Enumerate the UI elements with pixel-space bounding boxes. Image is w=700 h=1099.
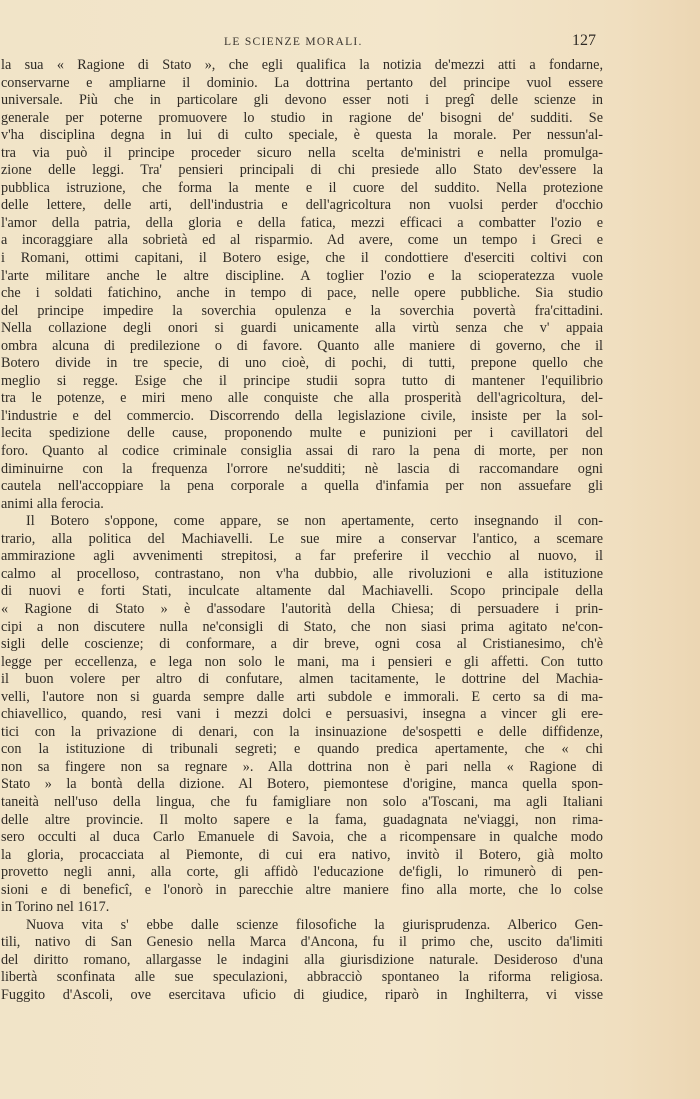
text-line: meglio si regge. Esige che il principe s… bbox=[1, 373, 603, 391]
text-line: Nella collazione degli onori si guardi u… bbox=[1, 320, 603, 338]
text-line: Stato » la bontà della dizione. Al Boter… bbox=[1, 776, 603, 794]
text-line: generale per poterne promuovere lo studi… bbox=[1, 110, 603, 128]
text-line: l'industrie e del commercio. Discorrendo… bbox=[1, 408, 603, 426]
running-head: LE SCIENZE MORALI. 127 bbox=[0, 32, 620, 52]
text-line: Botero divide in tre specie, di uno cioè… bbox=[1, 355, 603, 373]
text-line: l'arte militare anche le altre disciplin… bbox=[1, 268, 603, 286]
text-line: pubblica istruzione, che forma la mente … bbox=[1, 180, 603, 198]
text-line: taneità nell'uso della lingua, che fu fa… bbox=[1, 794, 603, 812]
text-line: del principe impedire la soverchia opule… bbox=[1, 303, 603, 321]
text-line: tra le potenze, e miri meno alle conquis… bbox=[1, 390, 603, 408]
text-line: lecita spedizione delle cause, proponend… bbox=[1, 425, 603, 443]
text-line: velli, l'autore non si guarda sempre dal… bbox=[1, 689, 603, 707]
text-line: trario, alla politica del Machiavelli. L… bbox=[1, 531, 603, 549]
text-line: ombra alcuna di predilezione o di favore… bbox=[1, 338, 603, 356]
text-line: sioni e di beneficî, e l'onorò in parecc… bbox=[1, 882, 603, 900]
text-line: la gloria, procacciata al Piemonte, di c… bbox=[1, 847, 603, 865]
text-line: non sa fingere non sa regnare ». Alla do… bbox=[1, 759, 603, 777]
text-line: universale. Più che in particolare gli d… bbox=[1, 92, 603, 110]
book-page: LE SCIENZE MORALI. 127 la sua « Ragione … bbox=[0, 0, 700, 1099]
text-line: la sua « Ragione di Stato », che egli qu… bbox=[1, 57, 603, 75]
text-line: delle lettere, delle arti, dell'industri… bbox=[1, 197, 603, 215]
text-line: tra via può il principe proceder sicuro … bbox=[1, 145, 603, 163]
text-line: chiavellico, quando, resi vani i mezzi d… bbox=[1, 706, 603, 724]
paragraph-first-line: Nuova vita s' ebbe dalle scienze filosof… bbox=[1, 917, 603, 935]
text-line: libertà sconfinata alle sue speculazioni… bbox=[1, 969, 603, 987]
text-line: provetto negli anni, alla corte, gli aff… bbox=[1, 864, 603, 882]
text-line: animi alla ferocia. bbox=[1, 496, 603, 514]
running-title: LE SCIENZE MORALI. bbox=[224, 36, 363, 48]
text-line: v'ha disciplina degna in lui di culto sp… bbox=[1, 127, 603, 145]
text-line: tili, nativo di San Genesio nella Marca … bbox=[1, 934, 603, 952]
text-line: il buon volere per altro di confutare, a… bbox=[1, 671, 603, 689]
text-line: del diritto romano, allargasse le indagi… bbox=[1, 952, 603, 970]
text-line: sigli delle coscienze; di conformare, a … bbox=[1, 636, 603, 654]
text-line: i Romani, ottimi capitani, il Botero esi… bbox=[1, 250, 603, 268]
text-line: ammirazione agli avvenimenti strepitosi,… bbox=[1, 548, 603, 566]
text-line: cipi a non discutere nulla ne'consigli d… bbox=[1, 619, 603, 637]
text-line: in Torino nel 1617. bbox=[1, 899, 603, 917]
text-line: legge per eccellenza, e lega non solo le… bbox=[1, 654, 603, 672]
body-text: la sua « Ragione di Stato », che egli qu… bbox=[1, 57, 603, 1005]
text-line: con la istituzione di tribunali segreti;… bbox=[1, 741, 603, 759]
text-line: di nuovi e forti Stati, inculcate altame… bbox=[1, 583, 603, 601]
text-line: l'amor della patria, della gloria e dell… bbox=[1, 215, 603, 233]
page-number: 127 bbox=[572, 32, 596, 50]
text-line: delle altre provincie. Il molto sapere e… bbox=[1, 812, 603, 830]
text-line: foro. Quanto al codice criminale consigl… bbox=[1, 443, 603, 461]
text-line: calmo al procelloso, contrastano, non v'… bbox=[1, 566, 603, 584]
text-line: cautela nell'accoppiare la pena corporal… bbox=[1, 478, 603, 496]
text-line: tici con la privazione di denari, con la… bbox=[1, 724, 603, 742]
text-line: Fuggito d'Ascoli, ove esercitava uficio … bbox=[1, 987, 603, 1005]
text-line: a incoraggiare alla sobrietà ed al rispa… bbox=[1, 232, 603, 250]
paragraph-first-line: Il Botero s'oppone, come appare, se non … bbox=[1, 513, 603, 531]
text-line: « Ragione di Stato » è d'assodare l'auto… bbox=[1, 601, 603, 619]
text-line: sero occulti al duca Carlo Emanuele di S… bbox=[1, 829, 603, 847]
text-line: diminuirne con la frequenza l'orrore ne'… bbox=[1, 461, 603, 479]
text-line: zione delle leggi. Tra' pensieri princip… bbox=[1, 162, 603, 180]
text-line: conservarne e ampliarne il dominio. La d… bbox=[1, 75, 603, 93]
text-line: che i soldati fatichino, anche in tempo … bbox=[1, 285, 603, 303]
